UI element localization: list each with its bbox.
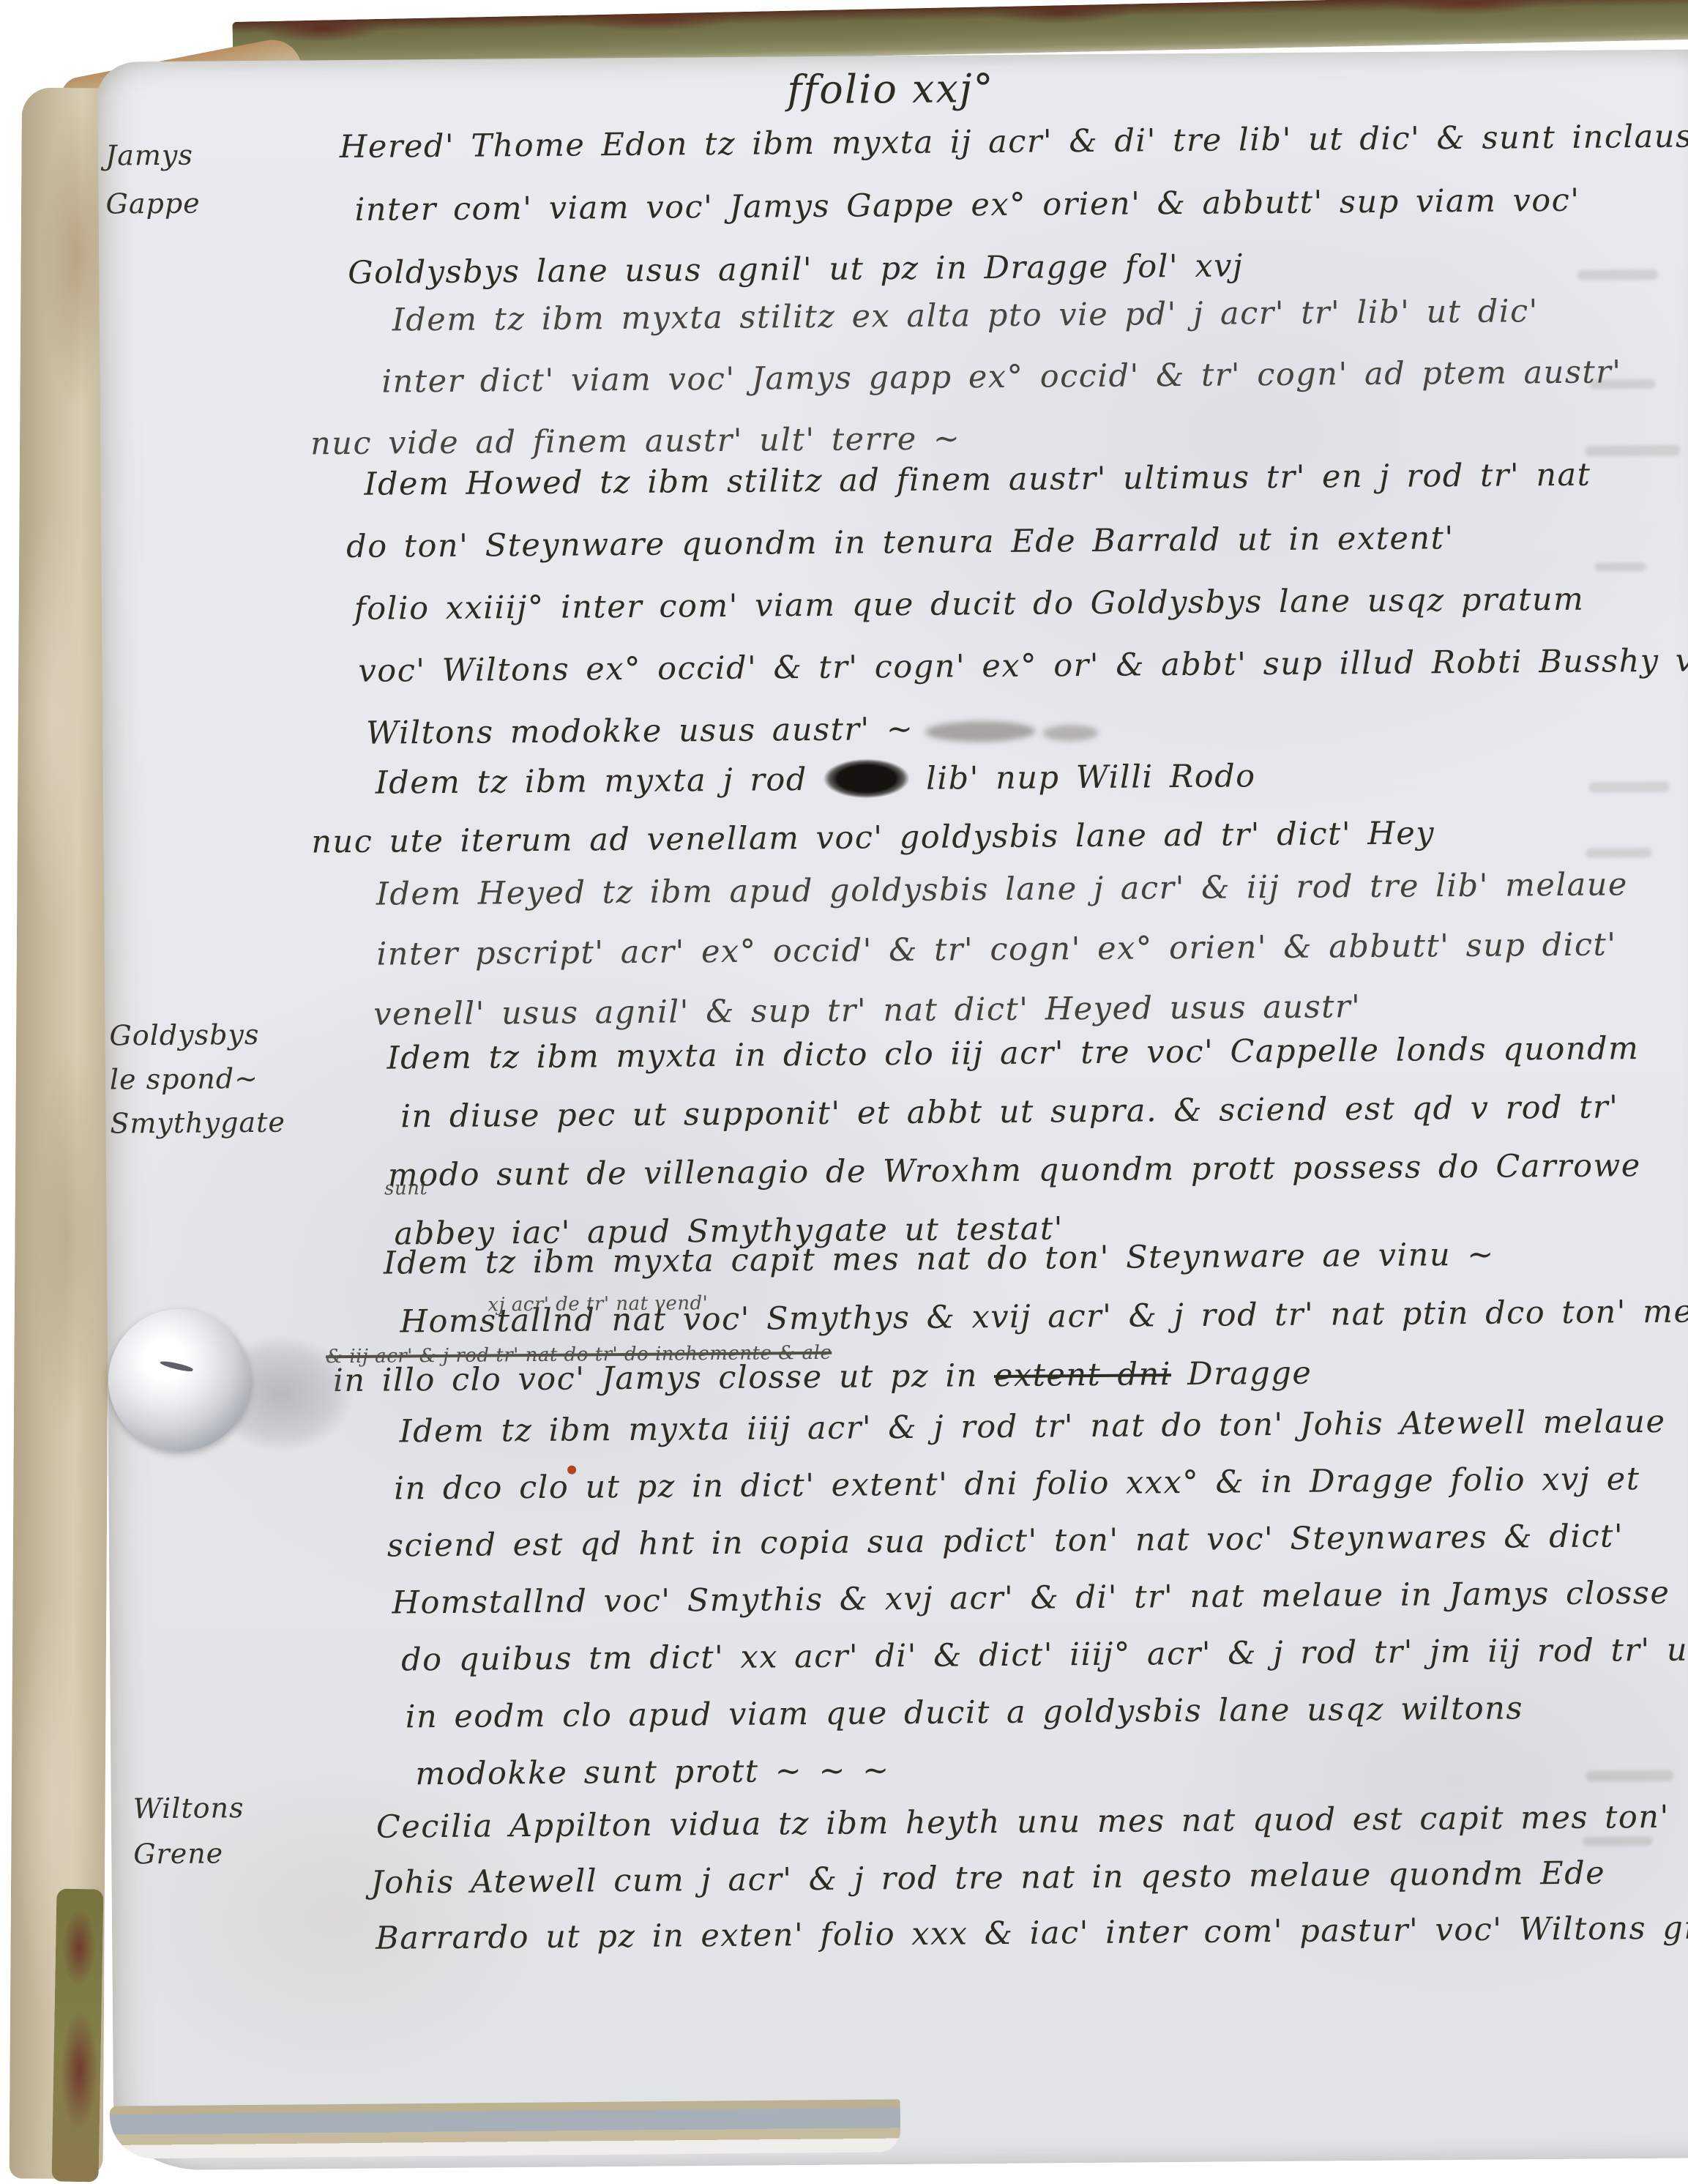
manuscript-line: Goldysbys lane usus agnil' ut pz in Drag… — [348, 248, 1244, 291]
manuscript-line: nuc vide ad finem austr' ult' terre ~ — [310, 421, 961, 462]
ink-smudge — [925, 721, 1035, 742]
manuscript-line: inter dict' viam voc' Jamys gapp ex° occ… — [381, 354, 1622, 400]
manuscript-line: Hered' Thome Edon tz ibm myxta ij acr' &… — [340, 119, 1688, 165]
interlinear-insertion: xj acr' de tr' nat vend' — [488, 1293, 708, 1316]
manuscript-line: Homstallnd voc' Smythis & xvj acr' & di'… — [392, 1576, 1670, 1622]
manuscript-line: inter pscript' acr' ex° occid' & tr' cog… — [376, 927, 1616, 973]
manuscript-line: in diuse pec ut supponit' et abbt ut sup… — [400, 1089, 1619, 1136]
manuscript-line: Idem tz ibm myxta stilitz ex alta pto vi… — [392, 294, 1539, 339]
book-spine-streak — [52, 1888, 104, 2182]
manuscript-line: do quibus tm dict' xx acr' di' & dict' i… — [401, 1632, 1688, 1678]
manuscript-line: Idem tz ibm myxta capit mes nat do ton' … — [384, 1237, 1495, 1282]
manuscript-photo: ffolio xxj° Hered' Thome Edon tz ibm myx… — [0, 0, 1688, 2184]
manuscript-line-segment: Idem tz ibm myxta j rod — [376, 761, 824, 802]
bleed-through-mark — [1594, 562, 1646, 572]
bleed-through-mark — [1589, 379, 1655, 390]
bleed-through-mark — [1585, 445, 1680, 457]
manuscript-line: Idem Heyed tz ibm apud goldysbis lane j … — [376, 867, 1628, 913]
margin-note-line: le spond~ — [110, 1064, 258, 1095]
margin-note-line: Goldysbys — [109, 1020, 259, 1051]
margin-note-line: Gappe — [105, 189, 200, 220]
bleed-through-mark — [1583, 1836, 1652, 1846]
interlinear-insertion: & iij acr' & j rod tr' nat do tr' do inc… — [326, 1343, 832, 1368]
bleed-through-mark — [1586, 1770, 1673, 1782]
manuscript-line: inter com' viam voc' Jamys Gappe ex° ori… — [354, 183, 1580, 229]
manuscript-line: Idem tz ibm myxta in dicto clo iij acr' … — [386, 1031, 1639, 1077]
interlinear-insertion: sunt — [384, 1178, 428, 1199]
manuscript-line: do ton' Steynware quondm in tenura Ede B… — [346, 521, 1454, 565]
bleed-through-mark — [1589, 782, 1670, 793]
manuscript-line: modokke sunt prott ~ ~ ~ — [415, 1753, 890, 1793]
manuscript-line: folio xxiiij° inter com' viam que ducit … — [354, 582, 1585, 628]
margin-note-line: Wiltons — [133, 1793, 244, 1825]
manuscript-line: sciend est qd hnt in copia sua pdict' to… — [387, 1518, 1624, 1565]
bleed-through-mark — [1586, 848, 1651, 858]
manuscript-line-segment: Dragge — [1171, 1355, 1312, 1393]
manuscript-line: Johis Atewell cum j acr' & j rod tre nat… — [370, 1856, 1605, 1902]
manuscript-line-segment: Wiltons modokke usus austr' ~ — [366, 711, 914, 752]
folio-header: ffolio xxj° — [787, 67, 995, 112]
manuscript-text-layer: ffolio xxj° Hered' Thome Edon tz ibm myx… — [97, 49, 1688, 2170]
manuscript-line-segment: lib' nup Willi Rodo — [910, 758, 1256, 797]
manuscript-line: Barrardo ut pz in exten' folio xxx & iac… — [376, 1910, 1688, 1957]
margin-note-line: Jamys — [105, 141, 193, 172]
ink-strike: extent dni — [994, 1356, 1171, 1394]
manuscript-line: nuc ute iterum ad venellam voc' goldysbi… — [311, 816, 1435, 860]
manuscript-line: voc' Wiltons ex° occid' & tr' cogn' ex° … — [358, 643, 1688, 690]
manuscript-line: Cecilia Appilton vidua tz ibm heyth unu … — [376, 1800, 1670, 1846]
manuscript-line: Idem Howed tz ibm stilitz ad finem austr… — [364, 458, 1591, 504]
margin-note-line: Smythygate — [110, 1108, 285, 1140]
margin-note-line: Grene — [133, 1838, 223, 1870]
manuscript-line: Wiltons modokke usus austr' ~ — [366, 710, 1099, 752]
manuscript-line: in dco clo ut pz in dict' extent' dni fo… — [394, 1461, 1640, 1507]
ink-blot — [824, 759, 910, 799]
bleed-through-mark — [1577, 269, 1658, 280]
metal-boss — [108, 1309, 250, 1451]
manuscript-line: modo sunt de villenagio de Wroxhm quondm… — [388, 1148, 1641, 1194]
manuscript-line: venell' usus agnil' & sup tr' nat dict' … — [373, 989, 1362, 1033]
ink-smudge-small — [1042, 725, 1098, 742]
manuscript-line: Idem tz ibm myxta j rod lib' nup Willi R… — [376, 756, 1256, 802]
manuscript-line: in eodm clo apud viam que ducit a goldys… — [406, 1691, 1524, 1735]
manuscript-line: Idem tz ibm myxta iiij acr' & j rod tr' … — [400, 1404, 1666, 1450]
